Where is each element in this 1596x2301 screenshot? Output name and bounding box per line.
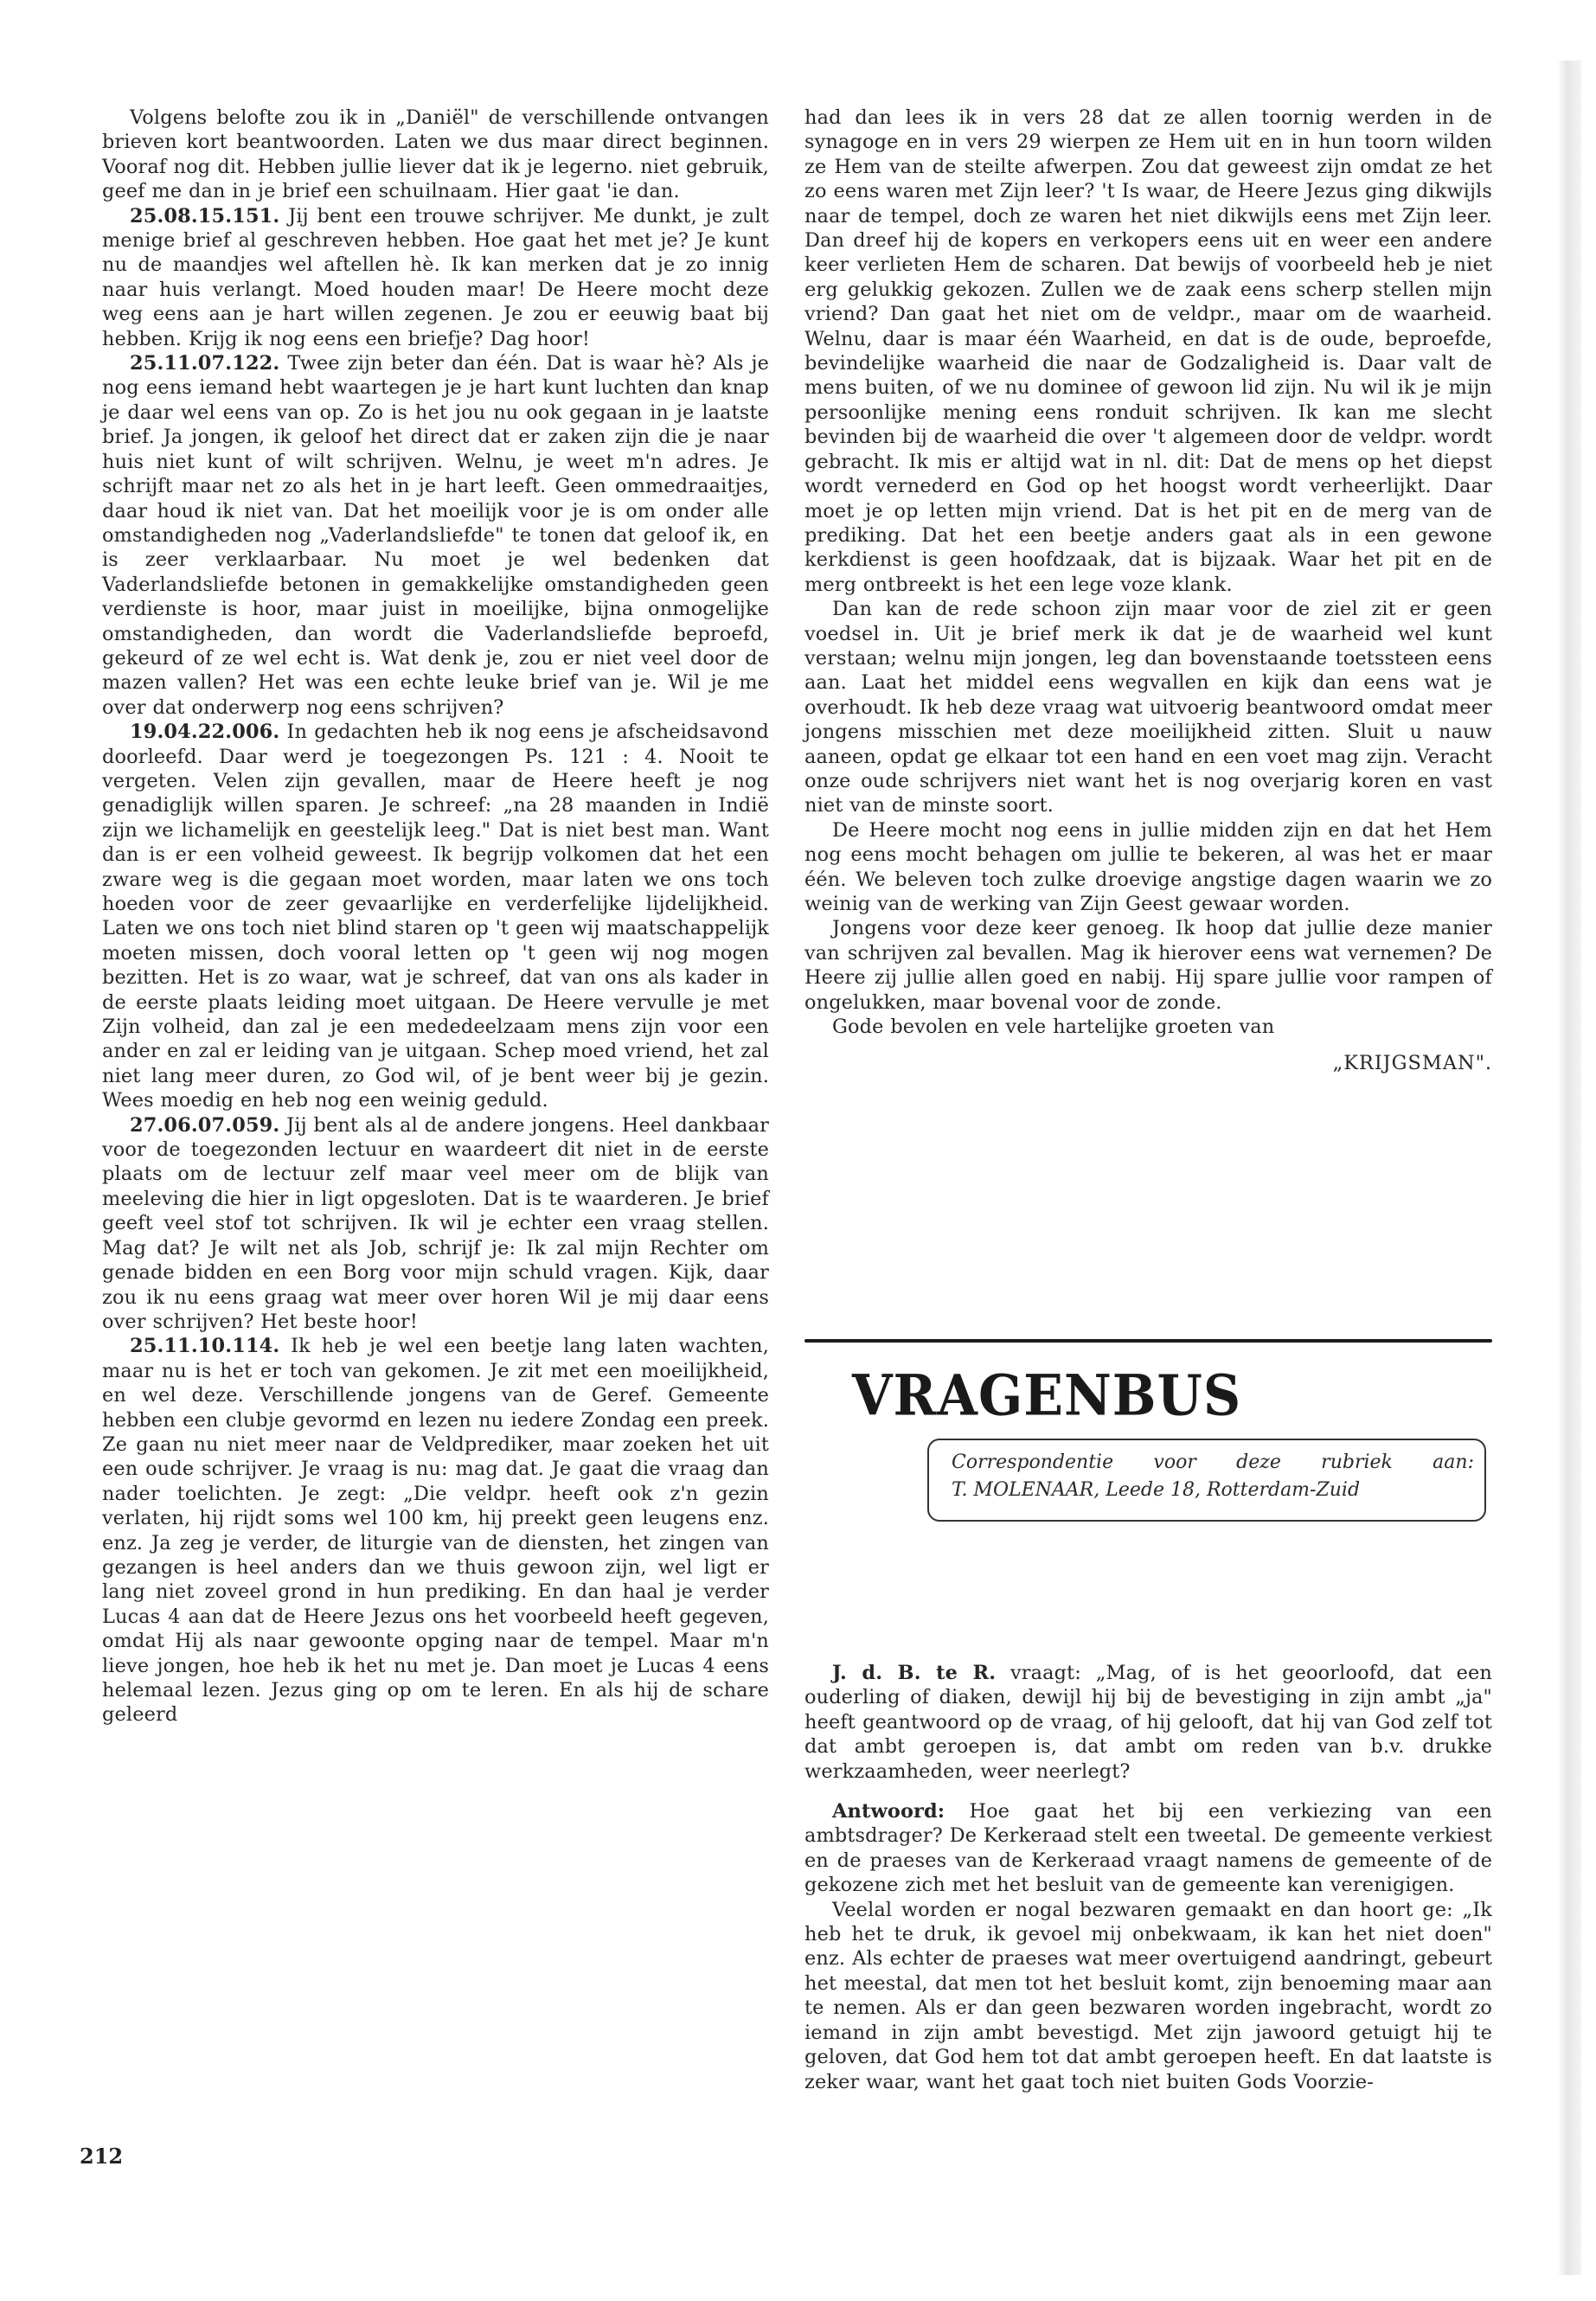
correspondence-address-box: Correspondentie voor deze rubriek aan: T… (927, 1439, 1486, 1522)
letter-reply: 25.11.10.114. Ik heb je wel een beetje l… (102, 1334, 769, 1727)
reply-number: 19.04.22.006. (130, 721, 279, 743)
paragraph-text: In gedachten heb ik nog eens je afscheid… (102, 721, 769, 1112)
address-intro: Correspondentie voor deze rubriek aan: (952, 1449, 1474, 1477)
letter-reply: 19.04.22.006. In gedachten heb ik nog ee… (102, 720, 769, 1113)
letter-reply: 27.06.07.059. Jij bent als al de andere … (102, 1113, 769, 1335)
reply-number: 25.08.15.151. (130, 205, 279, 228)
continued-paragraph: had dan lees ik in vers 28 dat ze allen … (804, 106, 1492, 597)
signature: „KRIJGSMAN". (804, 1051, 1492, 1075)
intro-paragraph: Volgens belofte zou ik in „Daniël" de ve… (102, 106, 769, 204)
questioner: J. d. B. te R. (832, 1662, 996, 1684)
answer-paragraph: Antwoord: Hoe gaat het bij een verkiezin… (804, 1799, 1492, 1898)
paragraph: De Heere mocht nog eens in jullie midden… (804, 818, 1492, 917)
reply-number: 27.06.07.059. (130, 1114, 279, 1137)
left-column: Volgens belofte zou ik in „Daniël" de ve… (102, 106, 769, 1727)
question-paragraph: J. d. B. te R. vraagt: „Mag, of is het g… (804, 1661, 1492, 1784)
paragraph-text: Twee zijn beter dan één. Dat is waar hè?… (102, 352, 769, 719)
right-column-upper: had dan lees ik in vers 28 dat ze allen … (804, 106, 1492, 1076)
reply-number: 25.11.07.122. (130, 352, 279, 375)
paragraph-text: Jij bent als al de andere jongens. Heel … (102, 1114, 769, 1333)
address-line: T. MOLENAAR, Leede 18, Rotterdam-Zuid (952, 1477, 1474, 1504)
section-divider (804, 1339, 1492, 1343)
scan-page-edge (1557, 61, 1581, 2275)
letter-reply: 25.11.07.122. Twee zijn beter dan één. D… (102, 351, 769, 720)
right-column-lower: J. d. B. te R. vraagt: „Mag, of is het g… (804, 1661, 1492, 2094)
section-heading: VRAGENBUS (852, 1363, 1241, 1429)
answer-continued-paragraph: Veelal worden er nogal bezwaren gemaakt … (804, 1898, 1492, 2094)
closing-line: Gode bevolen en vele hartelijke groeten … (804, 1015, 1492, 1039)
page-number: 212 (80, 2144, 123, 2169)
paragraph-text: Ik heb je wel een beetje lang laten wach… (102, 1335, 769, 1726)
answer-label: Antwoord: (832, 1800, 945, 1823)
reply-number: 25.11.10.114. (130, 1335, 279, 1357)
letter-reply: 25.08.15.151. Jij bent een trouwe schrij… (102, 204, 769, 351)
paragraph-text: Volgens belofte zou ik in „Daniël" de ve… (102, 106, 769, 202)
paragraph: Jongens voor deze keer genoeg. Ik hoop d… (804, 916, 1492, 1015)
paragraph: Dan kan de rede schoon zijn maar voor de… (804, 597, 1492, 818)
